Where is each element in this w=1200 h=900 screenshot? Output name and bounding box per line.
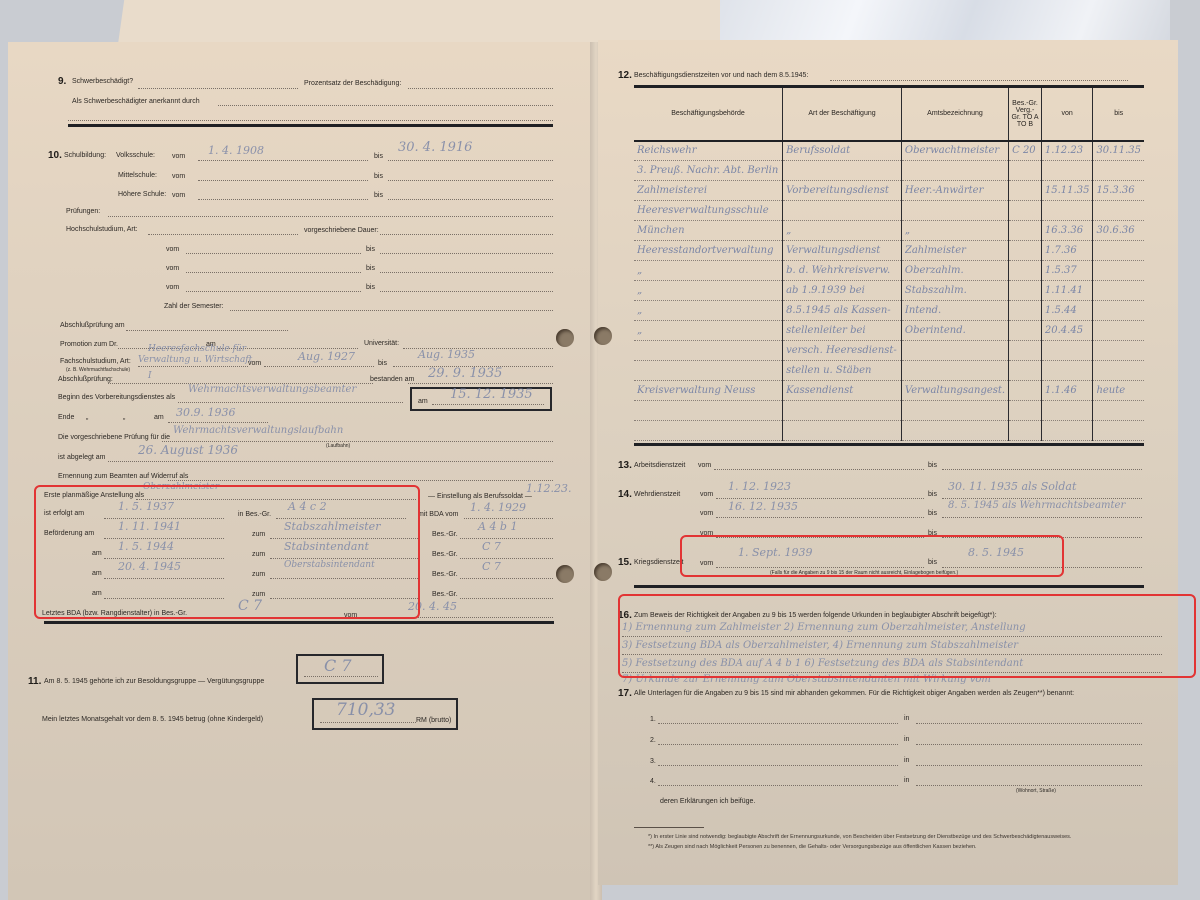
bestanden-am-value: 29. 9. 1935 bbox=[428, 366, 502, 381]
zahl-semester-label: Zahl der Semester: bbox=[164, 303, 224, 310]
befoerderung-besgr-field-4[interactable] bbox=[460, 598, 553, 599]
arbeitsdienst-bis-field[interactable] bbox=[942, 469, 1142, 470]
hoehere-schule-label: Höhere Schule: bbox=[118, 191, 166, 198]
befoerderung-besgr-value-3: C 7 bbox=[482, 560, 501, 573]
witness-place-field-2[interactable] bbox=[916, 744, 1142, 745]
vom-label: vom bbox=[166, 265, 179, 272]
highlight-urkunden bbox=[618, 594, 1196, 678]
beschaeftigung-label: Beschäftigungsdienstzeiten vor und nach … bbox=[634, 72, 808, 79]
besgr-label: Bes.-Gr. bbox=[432, 551, 458, 558]
fachschul-vom-value: Aug. 1927 bbox=[298, 350, 355, 363]
vom-label: vom bbox=[172, 192, 185, 199]
ernennung-field[interactable] bbox=[168, 480, 553, 481]
table-row: ReichswehrBerufssoldatOberwachtmeisterC … bbox=[634, 141, 1144, 161]
abgelegt-label: ist abgelegt am bbox=[58, 454, 105, 461]
volksschule-bis-value: 30. 4. 1916 bbox=[398, 140, 472, 155]
wehrdienst-label: Wehrdienstzeit bbox=[634, 491, 680, 498]
in-label: in bbox=[904, 777, 909, 784]
vorbereitung-field[interactable] bbox=[178, 402, 403, 403]
wehrdienst-bis-value-1: 30. 11. 1935 als Soldat bbox=[948, 480, 1076, 493]
column-header: Bes.-Gr. Verg.-Gr. TO A TO B bbox=[1009, 87, 1042, 141]
vorbereitung-am-value: 15. 12. 1935 bbox=[450, 387, 533, 402]
vorbereitung-value: Wehrmachtsverwaltungsbeamter bbox=[188, 384, 356, 395]
abschlusspruefung-am-label: Abschlußprüfung am bbox=[60, 322, 125, 329]
hochschul-vom-field-3[interactable] bbox=[186, 291, 361, 292]
wehrdienst-bis-field-1[interactable] bbox=[942, 498, 1142, 499]
abschlusspruefung-label: Abschlußprüfung: bbox=[58, 376, 113, 383]
abgelegt-field[interactable] bbox=[108, 461, 553, 462]
hochschul-bis-field-3[interactable] bbox=[380, 291, 553, 292]
hochschulstudium-label: Hochschulstudium, Art: bbox=[66, 226, 138, 233]
monatsgehalt-value: 710,33 bbox=[336, 700, 395, 720]
punch-hole bbox=[594, 327, 612, 345]
section-12-number: 12. bbox=[618, 70, 632, 81]
ende-am-label: am bbox=[154, 414, 164, 421]
zeugen-label: Alle Unterlagen für die Angaben zu 9 bis… bbox=[634, 690, 1074, 697]
vorbereitung-am-box: am 15. 12. 1935 bbox=[410, 387, 552, 411]
wehrdienst-vom-value-2: 16. 12. 1935 bbox=[728, 500, 798, 513]
befoerderung-besgr-value-1: A 4 b 1 bbox=[478, 520, 517, 533]
pruefungen-label: Prüfungen: bbox=[66, 208, 100, 215]
witness-place-field-1[interactable] bbox=[916, 723, 1142, 724]
ditto-mark: „ bbox=[123, 414, 125, 421]
zahl-semester-field[interactable] bbox=[230, 310, 553, 311]
table-row: Kreisverwaltung NeussKassendienstVerwalt… bbox=[634, 381, 1144, 401]
anerkannt-field-2[interactable] bbox=[68, 120, 553, 121]
mittelschule-bis-field[interactable] bbox=[388, 180, 553, 181]
witness-place-field-4[interactable] bbox=[916, 785, 1142, 786]
kriegsdienst-label: Kriegsdienstzeit bbox=[634, 559, 683, 566]
hochschulstudium-field[interactable] bbox=[148, 234, 298, 235]
besoldungsgruppe-field[interactable] bbox=[304, 676, 378, 677]
abgelegt-value: 26. August 1936 bbox=[138, 443, 238, 457]
table-bottom-rule bbox=[634, 443, 1144, 446]
anerkannt-label: Als Schwerbeschädigter anerkannt durch bbox=[72, 98, 200, 105]
befoerderung-besgr-field-2[interactable] bbox=[460, 558, 553, 559]
bis-label: bis bbox=[928, 462, 937, 469]
wehrdienst-vom-value-1: 1. 12. 1923 bbox=[728, 480, 791, 493]
vom-label: vom bbox=[700, 491, 713, 498]
punch-hole bbox=[556, 565, 574, 583]
table-row: stellen u. Stäben bbox=[634, 361, 1144, 381]
hoehere-schule-vom-field[interactable] bbox=[198, 199, 368, 200]
witness-name-field-1[interactable] bbox=[658, 723, 898, 724]
wehrdienst-bis-value-2: 8. 5. 1945 als Wehrmachtsbeamter bbox=[948, 500, 1125, 511]
pruefungen-field[interactable] bbox=[108, 216, 553, 217]
schwerbeschaedigt-label: Schwerbeschädigt? bbox=[72, 78, 133, 85]
besoldungsgruppe-box: C 7 bbox=[296, 654, 384, 684]
bestanden-am-field[interactable] bbox=[408, 383, 553, 384]
besoldungsgruppe-value: C 7 bbox=[324, 656, 352, 675]
laufbahn-note: (Laufbahn) bbox=[326, 443, 350, 449]
witness-name-field-3[interactable] bbox=[658, 765, 898, 766]
fachschul-value-2: Verwaltung u. Wirtschaft bbox=[138, 355, 252, 365]
vom-label: vom bbox=[166, 246, 179, 253]
arbeitsdienst-vom-field[interactable] bbox=[714, 469, 924, 470]
bis-label: bis bbox=[928, 510, 937, 517]
berufssoldat-label: — Einstellung als Berufssoldat — bbox=[428, 493, 532, 500]
schulbildung-label: Schulbildung: bbox=[64, 152, 106, 159]
fachschul-bis-label: bis bbox=[378, 360, 387, 367]
table-row: „b. d. Wehrkreisverw.Oberzahlm.1.5.37 bbox=[634, 261, 1144, 281]
beschaeftigung-field[interactable] bbox=[830, 80, 1128, 81]
abschlusspruefung-am-field[interactable] bbox=[126, 330, 288, 331]
section-13-number: 13. bbox=[618, 460, 632, 471]
wehrdienst-vom-field-2[interactable] bbox=[716, 517, 924, 518]
table-row: 3. Preuß. Nachr. Abt. Berlin bbox=[634, 161, 1144, 181]
mittelschule-label: Mittelschule: bbox=[118, 172, 157, 179]
bestanden-am-label: bestanden am bbox=[370, 376, 414, 383]
fachschul-vom-field[interactable] bbox=[264, 366, 374, 367]
arbeitsdienst-label: Arbeitsdienstzeit bbox=[634, 462, 685, 469]
highlight-anstellung bbox=[34, 485, 420, 619]
fachschul-value-1: Heeresfachschule für bbox=[148, 344, 246, 354]
vorbereitung-am-label: am bbox=[418, 398, 428, 405]
witness-number: 1. bbox=[650, 716, 656, 723]
pruefung-fuer-field[interactable] bbox=[162, 441, 553, 442]
ende-am-value: 30.9. 1936 bbox=[176, 406, 235, 419]
fachschul-bis-value: Aug. 1935 bbox=[418, 348, 475, 361]
universitaet-label: Universität: bbox=[364, 340, 399, 347]
punch-hole bbox=[556, 329, 574, 347]
bis-label: bis bbox=[366, 246, 375, 253]
in-label: in bbox=[904, 736, 909, 743]
ditto-mark: „ bbox=[86, 414, 88, 421]
hochschul-bis-field-2[interactable] bbox=[380, 272, 553, 273]
witness-name-field-2[interactable] bbox=[658, 744, 898, 745]
table-row: ZahlmeistereiVorbereitungsdienstHeer.-An… bbox=[634, 181, 1144, 201]
bda-vom-value: 1. 4. 1929 bbox=[470, 501, 526, 514]
section-divider bbox=[634, 585, 1144, 588]
hochschul-vom-field-1[interactable] bbox=[186, 253, 361, 254]
volksschule-bis-field[interactable] bbox=[388, 160, 553, 161]
bis-label: bis bbox=[374, 192, 383, 199]
mit-bda-label: mit BDA vom bbox=[418, 511, 458, 518]
employment-table: Beschäftigungsbehörde Art der Beschäftig… bbox=[634, 85, 1144, 441]
table-row: München„„16.3.3630.6.36 bbox=[634, 221, 1144, 241]
section-15-number: 15. bbox=[618, 557, 632, 568]
schwerbeschaedigt-field[interactable] bbox=[138, 88, 298, 89]
punch-hole bbox=[594, 563, 612, 581]
volksschule-vom-field[interactable] bbox=[198, 160, 368, 161]
bda-vom-field[interactable] bbox=[464, 518, 553, 519]
background-plastic-sleeve bbox=[720, 0, 1170, 45]
volksschule-label: Volksschule: bbox=[116, 152, 155, 159]
bis-label: bis bbox=[374, 153, 383, 160]
besgr-label: Bes.-Gr. bbox=[432, 571, 458, 578]
ende-label: Ende bbox=[58, 414, 74, 421]
bis-label: bis bbox=[374, 173, 383, 180]
highlight-kriegsdienstzeit bbox=[680, 535, 1064, 577]
ernennung-label: Ernennung zum Beamten auf Widerruf als bbox=[58, 473, 188, 480]
berufssoldat-value: 1.12.23. bbox=[526, 482, 571, 495]
monatsgehalt-box: 710,33 RM (brutto) bbox=[312, 698, 458, 730]
table-row: versch. Heeresdienst- bbox=[634, 341, 1144, 361]
monatsgehalt-field[interactable] bbox=[320, 722, 416, 723]
witness-name-field-4[interactable] bbox=[658, 785, 898, 786]
footnote-1: *) In erster Linie sind notwendig: begla… bbox=[648, 834, 1071, 840]
witness-number: 4. bbox=[650, 778, 656, 785]
hoehere-schule-bis-field[interactable] bbox=[388, 199, 553, 200]
promotion-label: Promotion zum Dr. bbox=[60, 341, 118, 348]
bis-label: bis bbox=[366, 284, 375, 291]
ende-am-field[interactable] bbox=[168, 422, 268, 423]
column-header: Amtsbezeichnung bbox=[901, 87, 1008, 141]
wohnort-note: (Wohnort, Straße) bbox=[1016, 788, 1056, 794]
section-9-number: 9. bbox=[58, 76, 66, 87]
fachschul-vom-label: vom bbox=[248, 360, 261, 367]
bis-label: bis bbox=[366, 265, 375, 272]
column-header: Beschäftigungsbehörde bbox=[634, 87, 783, 141]
right-page: 12. Beschäftigungsdienstzeiten vor und n… bbox=[598, 40, 1178, 885]
witness-place-field-3[interactable] bbox=[916, 765, 1142, 766]
table-header-row: Beschäftigungsbehörde Art der Beschäftig… bbox=[634, 87, 1144, 141]
vorbereitung-label: Beginn des Vorbereitungsdienstes als bbox=[58, 394, 175, 401]
wehrdienst-bis-field-2[interactable] bbox=[942, 517, 1142, 518]
erklaerungen-label: deren Erklärungen ich beifüge. bbox=[660, 798, 755, 805]
monatsgehalt-label: Mein letztes Monatsgehalt vor dem 8. 5. … bbox=[42, 716, 263, 723]
vom-label: vom bbox=[698, 462, 711, 469]
vom-label: vom bbox=[700, 510, 713, 517]
befoerderung-besgr-field-1[interactable] bbox=[460, 538, 553, 539]
witness-number: 3. bbox=[650, 758, 656, 765]
section-divider bbox=[44, 621, 554, 624]
section-11-number: 11. bbox=[28, 676, 41, 687]
section-10-number: 10. bbox=[48, 150, 62, 161]
section-14-number: 14. bbox=[618, 489, 632, 500]
anerkannt-field[interactable] bbox=[218, 105, 553, 106]
fachschulstudium-field[interactable] bbox=[138, 366, 248, 367]
vom-label: vom bbox=[172, 173, 185, 180]
section-divider bbox=[68, 124, 553, 127]
prozentsatz-label: Prozentsatz der Beschädigung: bbox=[304, 80, 401, 87]
mittelschule-vom-field[interactable] bbox=[198, 180, 368, 181]
table-row bbox=[634, 421, 1144, 441]
in-label: in bbox=[904, 715, 909, 722]
abschlusspruefung-value: I bbox=[148, 371, 152, 381]
befoerderung-besgr-value-2: C 7 bbox=[482, 540, 501, 553]
besoldungsgruppe-label: Am 8. 5. 1945 gehörte ich zur Besoldungs… bbox=[44, 678, 264, 685]
besgr-label: Bes.-Gr. bbox=[432, 591, 458, 598]
monatsgehalt-unit: RM (brutto) bbox=[416, 717, 451, 724]
witness-number: 2. bbox=[650, 737, 656, 744]
table-row: „stellenleiter beiOberintend.20.4.45 bbox=[634, 321, 1144, 341]
volksschule-vom-value: 1. 4. 1908 bbox=[208, 144, 264, 157]
footnote-rule bbox=[634, 827, 704, 828]
section-17-number: 17. bbox=[618, 688, 632, 699]
besgr-label: Bes.-Gr. bbox=[432, 531, 458, 538]
column-header: Art der Beschäftigung bbox=[783, 87, 902, 141]
hochschul-vom-field-2[interactable] bbox=[186, 272, 361, 273]
table-row: „8.5.1945 als Kassen-Intend.1.5.44 bbox=[634, 301, 1144, 321]
table-row bbox=[634, 401, 1144, 421]
fachschulstudium-label: Fachschulstudium, Art: bbox=[60, 358, 131, 365]
vorbereitung-am-field[interactable] bbox=[432, 404, 544, 405]
vorgeschriebene-dauer-label: vorgeschriebene Dauer: bbox=[304, 227, 379, 234]
table-row: „ab 1.9.1939 beiStabszahlm.1.11.41 bbox=[634, 281, 1144, 301]
table-row: Heeresverwaltungsschule bbox=[634, 201, 1144, 221]
bis-label: bis bbox=[928, 491, 937, 498]
befoerderung-besgr-field-3[interactable] bbox=[460, 578, 553, 579]
pruefung-fuer-label: Die vorgeschriebene Prüfung für die bbox=[58, 434, 170, 441]
column-header: bis bbox=[1093, 87, 1144, 141]
wehrdienst-vom-field-1[interactable] bbox=[716, 498, 924, 499]
vorgeschriebene-dauer-field[interactable] bbox=[380, 234, 553, 235]
left-page: 9. Schwerbeschädigt? Prozentsatz der Bes… bbox=[8, 42, 598, 900]
pruefung-fuer-value: Wehrmachtsverwaltungslaufbahn bbox=[173, 425, 343, 436]
vom-label: vom bbox=[172, 153, 185, 160]
prozentsatz-field[interactable] bbox=[408, 88, 553, 89]
fachschul-note: (z. B. Wehrmachtfachschule) bbox=[66, 367, 130, 373]
table-row: HeeresstandortverwaltungVerwaltungsdiens… bbox=[634, 241, 1144, 261]
hochschul-bis-field-1[interactable] bbox=[380, 253, 553, 254]
column-header: von bbox=[1041, 87, 1093, 141]
in-label: in bbox=[904, 757, 909, 764]
footnote-2: **) Als Zeugen sind nach Möglichkeit Per… bbox=[648, 844, 977, 850]
vom-label: vom bbox=[166, 284, 179, 291]
